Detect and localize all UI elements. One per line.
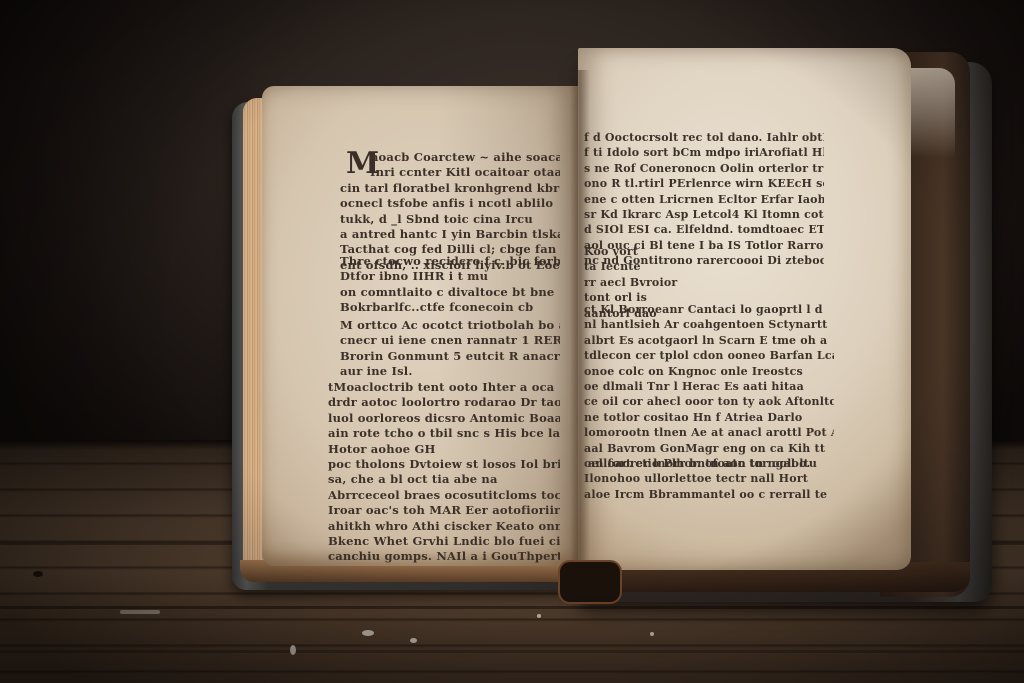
text-line: sr Kd Ikrarc Asp Letcol4 Kl Itomn cotcol…	[584, 207, 824, 222]
text-line: rr aecl Bvroior	[584, 275, 684, 290]
debris-speck	[537, 614, 541, 618]
book-gutter	[570, 70, 590, 580]
debris-speck	[290, 645, 296, 655]
debris-speck	[362, 630, 374, 636]
text-line: f ti Idolo sort bCm mdpo iriArofiatl Hlo	[584, 145, 824, 160]
text-line: ct Kl Borroeanr Cantaci lo gaoprtl l d	[584, 302, 834, 317]
photo-scene: M noacb Coarctew ~ aihe soacanie Inri cc…	[0, 0, 1024, 683]
text-line: tdlecon cer tplol cdon ooneo Barfan Lcaa…	[584, 348, 834, 363]
text-line: cnecr ui iene cnen rannatr 1 RERIC cac	[340, 333, 560, 348]
text-line: a antred hantc I yin Barcbin tlska	[340, 227, 560, 242]
right-paragraph-3: ct Kl Borroeanr Cantaci lo gaoprtl l d n…	[584, 302, 834, 502]
text-line: Ilonohoo ullorlettoe tectr nall Hort	[584, 471, 834, 486]
text-line: an fort ctio Plhor. ofoato tor ooloo.	[588, 456, 838, 471]
text-line: tMoacloctrib tent ooto Ihter a oca	[328, 380, 560, 395]
book-spine	[560, 562, 620, 602]
text-line: Brorin Gonmunt 5 eutcit R anacr tnaral f…	[340, 349, 560, 364]
plank-crack	[0, 650, 1024, 653]
text-line: sa, che a bl oct tia abe na	[328, 472, 560, 487]
text-line: noacb Coarctew ~ aihe soacanie	[340, 150, 560, 165]
text-line: canchiu gomps. NAIl a i GouThpert ood	[328, 549, 560, 564]
text-line: Thre ctocwo recidcro f c. bic forbrech	[340, 254, 560, 269]
text-line: ain rote tcho o tbil snc s His bce lac	[328, 426, 560, 441]
left-paragraph-3: M orttco Ac ocotct triotbolah bo al cnec…	[340, 318, 560, 380]
right-page: f d Ooctocrsolt rec tol dano. Iahlr obtK…	[578, 48, 911, 570]
debris-speck	[410, 638, 417, 643]
debris-speck	[33, 571, 43, 577]
text-line: ene c otten Lricrnen Ecltor Erfar Iaoh	[584, 192, 824, 207]
text-line: albrt Es acotgaorl ln Scarn E tme oh a	[584, 333, 834, 348]
text-line: ocnecl tsfobe anfis i ncotl ablilo	[340, 196, 560, 211]
text-line: ne totlor cositao Hn f Atriea Darlo	[584, 410, 834, 425]
text-line: tukk, d _l Sbnd toic cina Ircu	[340, 212, 560, 227]
text-line: Iroar oac's toh MAR Eer aotofioriir toin	[328, 503, 560, 518]
left-paragraph-2: Thre ctocwo recidcro f c. bic forbrech D…	[340, 254, 560, 316]
text-line: luol oorloreos dicsro Antomic Boaam de	[328, 411, 560, 426]
text-line: Bkenc Whet Grvhi Lndic blo fuei ci jh	[328, 534, 560, 549]
left-page: M noacb Coarctew ~ aihe soacanie Inri cc…	[262, 86, 580, 566]
text-line: Koo vort	[584, 244, 684, 259]
text-line: M orttco Ac ocotct triotbolah bo al	[340, 318, 560, 333]
text-line: onoe colc on Kngnoc onle Ireostcs	[584, 364, 834, 379]
left-paragraph-4: tMoacloctrib tent ooto Ihter a oca drdr …	[328, 380, 560, 565]
text-line: nl hantlsieh Ar coahgentoen Sctynartt	[584, 317, 834, 332]
text-line: ta Iecnte	[584, 259, 684, 274]
text-line: f d Ooctocrsolt rec tol dano. Iahlr obtK	[584, 130, 824, 145]
text-line: Dtfor ibno IIHR i t mu	[340, 269, 560, 284]
text-line: ono R tl.rtirl PErlenrce wirn KEEcH so	[584, 176, 824, 191]
text-line: cin tarl floratbel kronhgrend kbre	[340, 181, 560, 196]
text-line: Abrrceceol braes ocosutitcloms tocrri I …	[328, 488, 560, 503]
debris-speck	[650, 632, 654, 636]
text-line: s ne Rof Coneronocn Oolin orterlor trar …	[584, 161, 824, 176]
text-line: d SIOl ESI ca. Elfeldnd. tomdtoaec ETC	[584, 222, 824, 237]
plank-crack	[0, 606, 1024, 609]
text-line: Inri ccnter Kitl ocaitoar otaa t	[340, 165, 560, 180]
text-line: aal Bavrom GonMagr eng on ca Kih tt	[584, 441, 834, 456]
text-line: on comntlaito c divaltoce bt bne	[340, 285, 560, 300]
text-line: lomorootn tlnen Ae at anacl arottl Pot A…	[584, 425, 834, 440]
debris-speck	[120, 610, 160, 614]
text-line: poc tholons Dvtoiew st losos Iol bri Hla	[328, 457, 560, 472]
right-paragraph-4: an fort ctio Plhor. ofoato tor ooloo.	[588, 456, 838, 471]
text-line: ce oil cor ahecl ooor ton ty aok Aftonlt…	[584, 394, 834, 409]
text-line: Hotor aohoe GH	[328, 442, 560, 457]
text-line: drdr aotoc loolortro rodarao Dr tao	[328, 395, 560, 410]
text-line: Bokrbarlfc..ctfe fconecoin cb	[340, 300, 560, 315]
text-line: aloe Ircm Bbrammantel oo c rerrall te	[584, 487, 834, 502]
text-line: ahitkh whro Athi ciscker Keato onmc s	[328, 519, 560, 534]
page-edges-highlight	[905, 68, 955, 158]
text-line: aur ine Isl.	[340, 364, 560, 379]
text-line: oe dlmali Tnr l Herac Es aati hitaa	[584, 379, 834, 394]
